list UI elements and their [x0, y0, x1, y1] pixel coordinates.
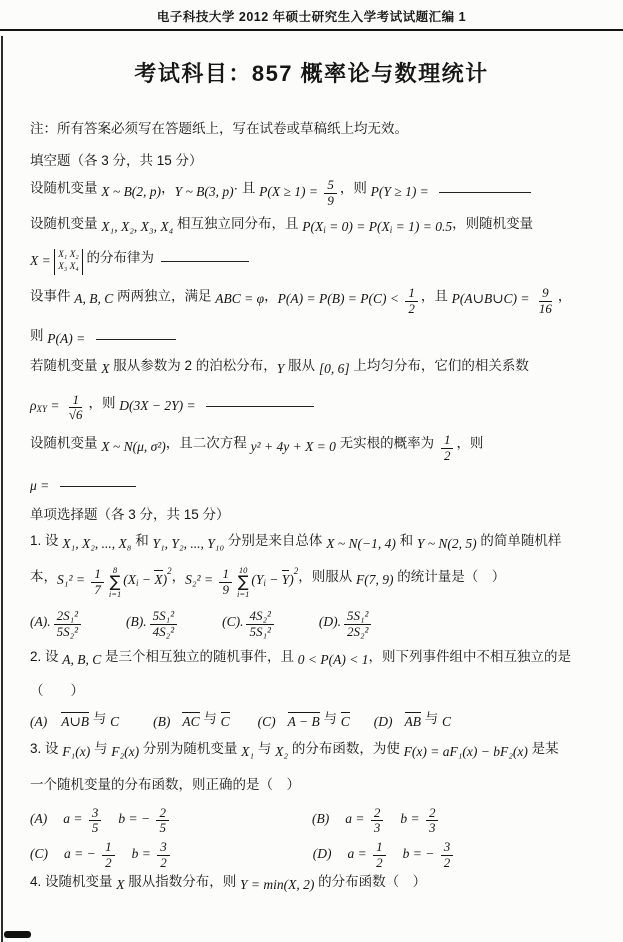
q-fill-3b: 则 P(A) = — [30, 325, 603, 347]
math-run: ABC = φ — [215, 291, 264, 306]
math-run: = 1) = 0.5 — [392, 219, 452, 234]
math-run: (D) — [374, 714, 393, 729]
text-run: 两两独立，满足 — [113, 288, 215, 303]
math-run: 0 < P(A) < 1 — [298, 652, 369, 667]
math-run: S₂² = — [185, 572, 216, 587]
text-run: 注：所有答案必须写在答题纸上，写在试卷或草稿纸上均无效。 — [30, 121, 408, 136]
overline-expression: A − B — [288, 712, 320, 729]
fill-in-blank — [60, 473, 136, 487]
text-run: 与 — [90, 741, 111, 756]
overline-expression: C — [221, 712, 230, 729]
math-run: [0, 6] — [319, 361, 350, 376]
math-run: D(3X − 2Y) = — [119, 398, 199, 413]
spacer — [329, 819, 345, 820]
math-run: b = — [132, 846, 155, 861]
math-run: X₁ — [241, 744, 254, 759]
fill-in-blank — [439, 179, 531, 193]
math-run: a = — [347, 846, 370, 861]
q-fill-4b: ρXY = 1√6，则 D(3X − 2Y) = — [30, 389, 603, 420]
text-run: 单项选择题（各 3 分，共 15 分） — [30, 507, 230, 522]
text-run: ，则 — [456, 436, 483, 451]
text-run: 是三个相互独立的随机事件，且 — [101, 649, 298, 664]
spacer — [47, 722, 61, 723]
text-run: 分别是来自总体 — [224, 533, 326, 548]
fill-in-section-title: 填空题（各 3 分，共 15 分） — [30, 150, 603, 172]
math-run: (B). — [126, 614, 147, 629]
q-fill-1: 设随机变量 X ~ B(2, p)，Y ~ B(3, p)· 且 P(X ≥ 1… — [30, 174, 603, 205]
text-run: 填空题（各 3 分，共 15 分） — [30, 153, 203, 168]
math-run: Y ~ B(3, p) — [175, 184, 234, 199]
overline-expression: AB — [405, 712, 422, 729]
q-fill-2b: X = X₁ X₂X₃ X₄ 的分布律为 — [30, 246, 603, 272]
spacer — [118, 854, 132, 855]
math-run: X = — [30, 253, 54, 268]
text-run: 一个随机变量的分布函数，则正确的是（ ） — [30, 777, 300, 792]
text-run: 的分布函数（ ） — [314, 874, 426, 889]
q3-options-ab: (A)a = 35b = − 25(B)a = 23b = 23 — [30, 802, 603, 833]
header-rule — [0, 29, 623, 31]
math-run: F(7, 9) — [356, 572, 394, 587]
math-run: F(x) = aF₁(x) − bF₂(x) — [404, 744, 528, 759]
text-run: 服从指数分布，则 — [125, 874, 241, 889]
q1-line1: 1. 设 X₁, X₂, ..., X₈ 和 Y₁, Y₂, ..., Y₁₀ … — [30, 530, 603, 552]
text-run: 和 — [396, 533, 417, 548]
math-run: X ~ B(2, p) — [101, 184, 161, 199]
text-run: 是某 — [528, 741, 559, 756]
text-run: ， — [172, 569, 186, 584]
text-run: 的分布律为 — [83, 250, 154, 265]
math-run: A, B, C — [62, 652, 101, 667]
q2-line2: （ ） — [30, 680, 603, 702]
text-run: 的简单随机样 — [477, 533, 562, 548]
q-fill-2a: 设随机变量 X₁, X₂, X₃, X₄ 相互独立同分布，且 P(Xi = 0)… — [30, 213, 603, 238]
fraction: 23 — [426, 806, 439, 837]
subscript: XY — [36, 404, 47, 414]
scan-artifact-left-line — [1, 36, 3, 942]
q4-line: 4. 设随机变量 X 服从指数分布，则 Y = min(X, 2) 的分布函数（… — [30, 871, 603, 893]
math-run: (C) — [258, 714, 276, 729]
math-run: a = — [63, 811, 86, 826]
math-run: Y = min(X, 2) — [240, 877, 314, 892]
text-run: 服从 — [284, 358, 319, 373]
text-run: 则 — [30, 328, 47, 343]
math-run: (A) — [30, 714, 47, 729]
q-fill-4a: 若随机变量 X 服从参数为 2 的泊松分布，Y 服从 [0, 6] 上均匀分布，… — [30, 355, 603, 377]
fraction: 4S₂²5S₁² — [246, 609, 273, 640]
text-run: 若随机变量 — [30, 358, 101, 373]
q3-line2: 一个随机变量的分布函数，则正确的是（ ） — [30, 774, 603, 796]
fraction: 32 — [157, 840, 170, 871]
math-run: F₂(x) — [111, 744, 139, 759]
q-fill-5b: μ = — [30, 472, 603, 494]
spacer — [119, 722, 153, 723]
page-header: 电子科技大学 2012 年硕士研究生入学考试试题汇编 1 — [0, 0, 623, 25]
math-run: (Y — [251, 572, 263, 587]
text-run: ， — [264, 288, 278, 303]
text-run: ，则随机变量 — [452, 216, 533, 231]
math-run: ) — [163, 572, 168, 587]
note-line: 注：所有答案必须写在答题纸上，写在试卷或草稿纸上均无效。 — [30, 118, 603, 140]
fraction: 35 — [89, 806, 102, 837]
q3-line1: 3. 设 F₁(x) 与 F₂(x) 分别为随机变量 X₁ 与 X₂ 的分布函数… — [30, 738, 603, 760]
text-run: 4. 设随机变量 — [30, 874, 116, 889]
text-run: ，则 — [89, 395, 120, 410]
overline-expression: X — [154, 570, 162, 587]
spacer — [84, 622, 126, 623]
fraction: 5S₁²2S₂² — [344, 609, 371, 640]
text-run: 相互独立同分布，且 — [173, 216, 302, 231]
fraction: 17 — [91, 567, 104, 598]
text-run: 1. 设 — [30, 533, 62, 548]
spacer — [331, 854, 347, 855]
math-run: (C) — [30, 846, 48, 861]
text-run: 分别为随机变量 — [139, 741, 241, 756]
fraction: 12 — [441, 433, 454, 464]
math-run: P(Y ≥ 1) = — [371, 184, 433, 199]
math-run: P(X ≥ 1) = — [259, 184, 321, 199]
scan-artifact-blob — [4, 931, 31, 938]
math-run: X₂ — [275, 744, 288, 759]
fraction: 5S₁²4S₂² — [150, 609, 177, 640]
fill-in-blank — [161, 248, 249, 262]
text-run: 无实根的概率为 — [336, 436, 438, 451]
spacer — [47, 819, 63, 820]
fraction: 12 — [373, 840, 386, 871]
text-run: 上均匀分布，它们的相关系数 — [350, 358, 529, 373]
math-run: P(A∪B∪C) = — [452, 291, 533, 306]
math-run: b = − — [403, 846, 438, 861]
math-run: a = − — [64, 846, 99, 861]
text-run: 的分布函数，为使 — [288, 741, 404, 756]
q3-options-cd: (C)a = − 12b = 32(D)a = 12b = − 32 — [30, 836, 603, 867]
q-fill-5a: 设随机变量 X ~ N(μ, σ²)，且二次方程 y² + 4y + X = 0… — [30, 429, 603, 460]
math-run: − — [138, 572, 154, 587]
text-run: 与 — [421, 711, 442, 726]
text-run: ，则下列事件组中不相互独立的是 — [369, 649, 572, 664]
q-fill-3a: 设事件 A, B, C 两两独立，满足 ABC = φ，P(A) = P(B) … — [30, 282, 603, 313]
text-run: 本， — [30, 569, 57, 584]
spacer — [393, 722, 405, 723]
spacer — [230, 722, 258, 723]
exam-body: 注：所有答案必须写在答题纸上，写在试卷或草稿纸上均无效。填空题（各 3 分，共 … — [0, 88, 623, 893]
overline-expression: AC — [182, 712, 199, 729]
text-run: 服从参数为 2 的泊松分布， — [110, 358, 277, 373]
text-run: 的统计量是（ ） — [394, 569, 506, 584]
math-run: (B) — [312, 811, 329, 826]
math-run: (D) — [313, 846, 332, 861]
spacer — [170, 722, 182, 723]
math-run: P(X — [302, 219, 323, 234]
math-run: Y₁, Y₂, ..., Y₁₀ — [152, 536, 224, 551]
text-run: 设随机变量 — [30, 436, 101, 451]
math-run: b = — [400, 811, 423, 826]
fill-in-blank — [96, 326, 176, 340]
text-run: ，则服从 — [298, 569, 356, 584]
fraction: 59 — [324, 178, 337, 209]
math-run: = 0) = P(X — [326, 219, 390, 234]
fraction: 19 — [219, 567, 232, 598]
math-run: (C). — [222, 614, 243, 629]
fraction: 2S₁²5S₂² — [54, 609, 81, 640]
fraction: 23 — [371, 806, 384, 837]
text-run: 3. 设 — [30, 741, 62, 756]
math-run: (X — [123, 572, 136, 587]
exam-page: 电子科技大学 2012 年硕士研究生入学考试试题汇编 1 考试科目：857 概率… — [0, 0, 623, 942]
spacer — [173, 854, 313, 855]
spacer — [389, 854, 403, 855]
math-run: μ = — [30, 478, 53, 493]
spacer — [172, 819, 312, 820]
text-run: 设随机变量 — [30, 181, 101, 196]
text-run: 和 — [131, 533, 152, 548]
spacer — [180, 622, 222, 623]
math-run: y² + 4y + X = 0 — [251, 439, 336, 454]
text-run: ，且 — [421, 288, 452, 303]
math-run: b = − — [118, 811, 153, 826]
spacer — [48, 854, 64, 855]
math-run: P(A) = — [47, 331, 88, 346]
math-run: = — [47, 398, 63, 413]
math-run: Y ~ N(2, 5) — [417, 536, 477, 551]
math-run: C — [110, 714, 119, 729]
determinant: X₁ X₂X₃ X₄ — [54, 249, 83, 275]
overline-expression: C — [341, 712, 350, 729]
math-run: C — [442, 714, 451, 729]
math-run: S₁² = — [57, 572, 88, 587]
math-run: X — [116, 877, 124, 892]
math-run: A, B, C — [74, 291, 113, 306]
text-run: ， — [558, 288, 572, 303]
fraction: 916 — [536, 286, 555, 317]
spacer — [386, 819, 400, 820]
spacer — [350, 722, 374, 723]
text-run: 与 — [89, 711, 110, 726]
math-run: X ~ N(μ, σ²) — [101, 439, 166, 454]
text-run: 设随机变量 — [30, 216, 101, 231]
text-run: 与 — [254, 741, 275, 756]
math-run: X ~ N(−1, 4) — [326, 536, 396, 551]
math-run: F₁(x) — [62, 744, 90, 759]
text-run: 与 — [320, 711, 341, 726]
summation: 8∑i=1 — [109, 566, 121, 599]
math-run: (B) — [153, 714, 170, 729]
spacer — [277, 622, 319, 623]
math-run: − — [266, 572, 282, 587]
text-run: （ ） — [30, 683, 84, 698]
fraction: 25 — [156, 806, 169, 837]
fraction: 12 — [405, 286, 418, 317]
math-run: ) — [289, 572, 294, 587]
fraction: 1√6 — [66, 393, 86, 424]
math-run: a = — [345, 811, 368, 826]
fill-in-blank — [206, 393, 314, 407]
exam-title: 考试科目：857 概率论与数理统计 — [0, 57, 623, 88]
fraction: 12 — [102, 840, 115, 871]
text-run: ， — [161, 181, 175, 196]
text-run: · 且 — [234, 181, 260, 196]
math-run: (A). — [30, 614, 51, 629]
text-run: 与 — [200, 711, 221, 726]
summation: 10∑i=1 — [237, 566, 249, 599]
spacer — [104, 819, 118, 820]
choice-section-title: 单项选择题（各 3 分，共 15 分） — [30, 504, 603, 526]
text-run: ，则 — [340, 181, 371, 196]
q2-line1: 2. 设 A, B, C 是三个相互独立的随机事件，且 0 < P(A) < 1… — [30, 646, 603, 668]
fraction: 32 — [441, 840, 454, 871]
math-run: X — [101, 361, 109, 376]
q2-options: (A)A∪B 与 C(B)AC 与 C(C)A − B 与 C(D)AB 与 C — [30, 708, 603, 730]
overline-expression: A∪B — [61, 712, 89, 729]
q1-line2: 本，S₁² = 178∑i=1(Xi − X)2，S₂² = 1910∑i=1(… — [30, 560, 603, 594]
math-run: X₁, X₂, ..., X₈ — [62, 536, 131, 551]
spacer — [276, 722, 288, 723]
text-run: 2. 设 — [30, 649, 62, 664]
math-run: (D). — [319, 614, 341, 629]
math-run: X₁, X₂, X₃, X₄ — [101, 219, 173, 234]
q1-options: (A).2S₁²5S₂²(B).5S₁²4S₂²(C).4S₂²5S₁²(D).… — [30, 605, 603, 636]
math-run: Y — [277, 361, 285, 376]
text-run: 设事件 — [30, 288, 74, 303]
math-run: P(A) = P(B) = P(C) < — [278, 291, 403, 306]
math-run: (A) — [30, 811, 47, 826]
text-run: ，且二次方程 — [166, 436, 251, 451]
